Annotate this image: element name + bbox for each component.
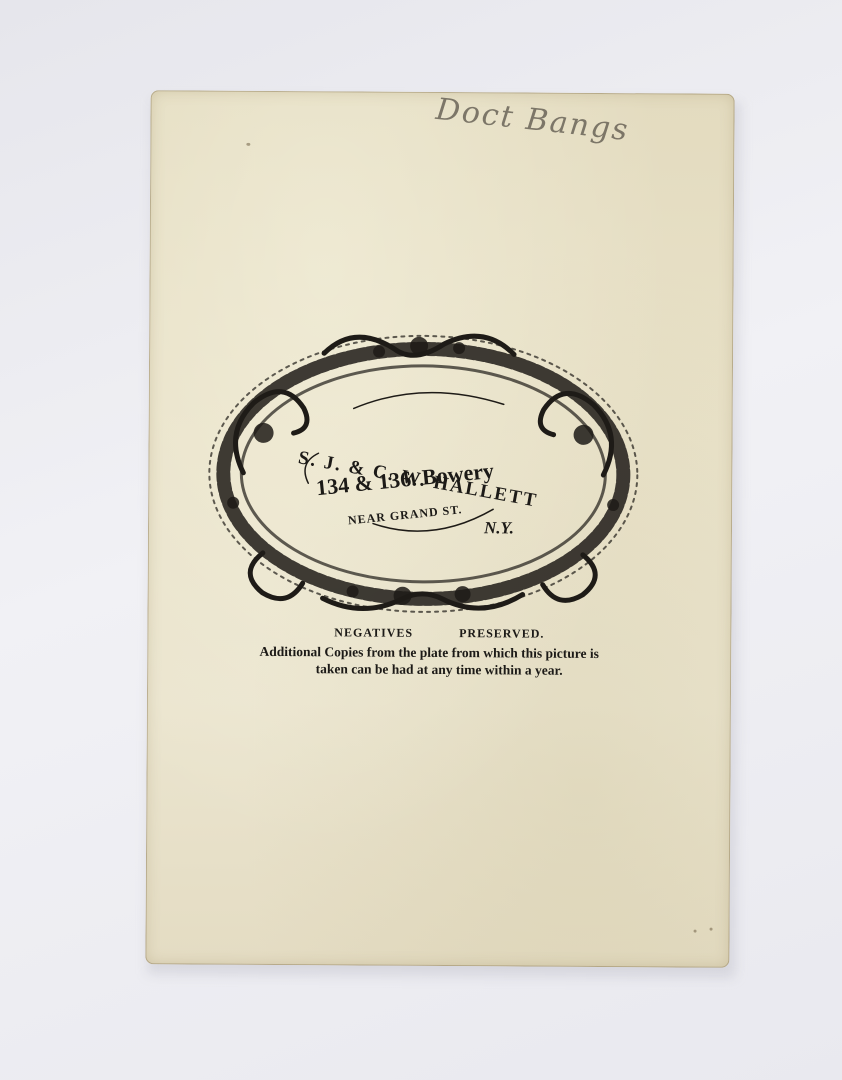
card-speck <box>710 928 713 931</box>
negatives-word: NEGATIVES <box>334 625 413 640</box>
card-speck <box>694 930 697 933</box>
card-speck <box>246 143 250 146</box>
pencil-inscription: Doct Bangs <box>434 92 631 148</box>
copies-notice-line-2: taken can be had at any time within a ye… <box>147 660 731 680</box>
photo-card-back: Doct Bangs <box>145 90 734 968</box>
preserved-word: PRESERVED. <box>459 626 544 642</box>
city: N.Y. <box>484 518 514 538</box>
negatives-preserved: NEGATIVESPRESERVED. <box>147 624 731 643</box>
